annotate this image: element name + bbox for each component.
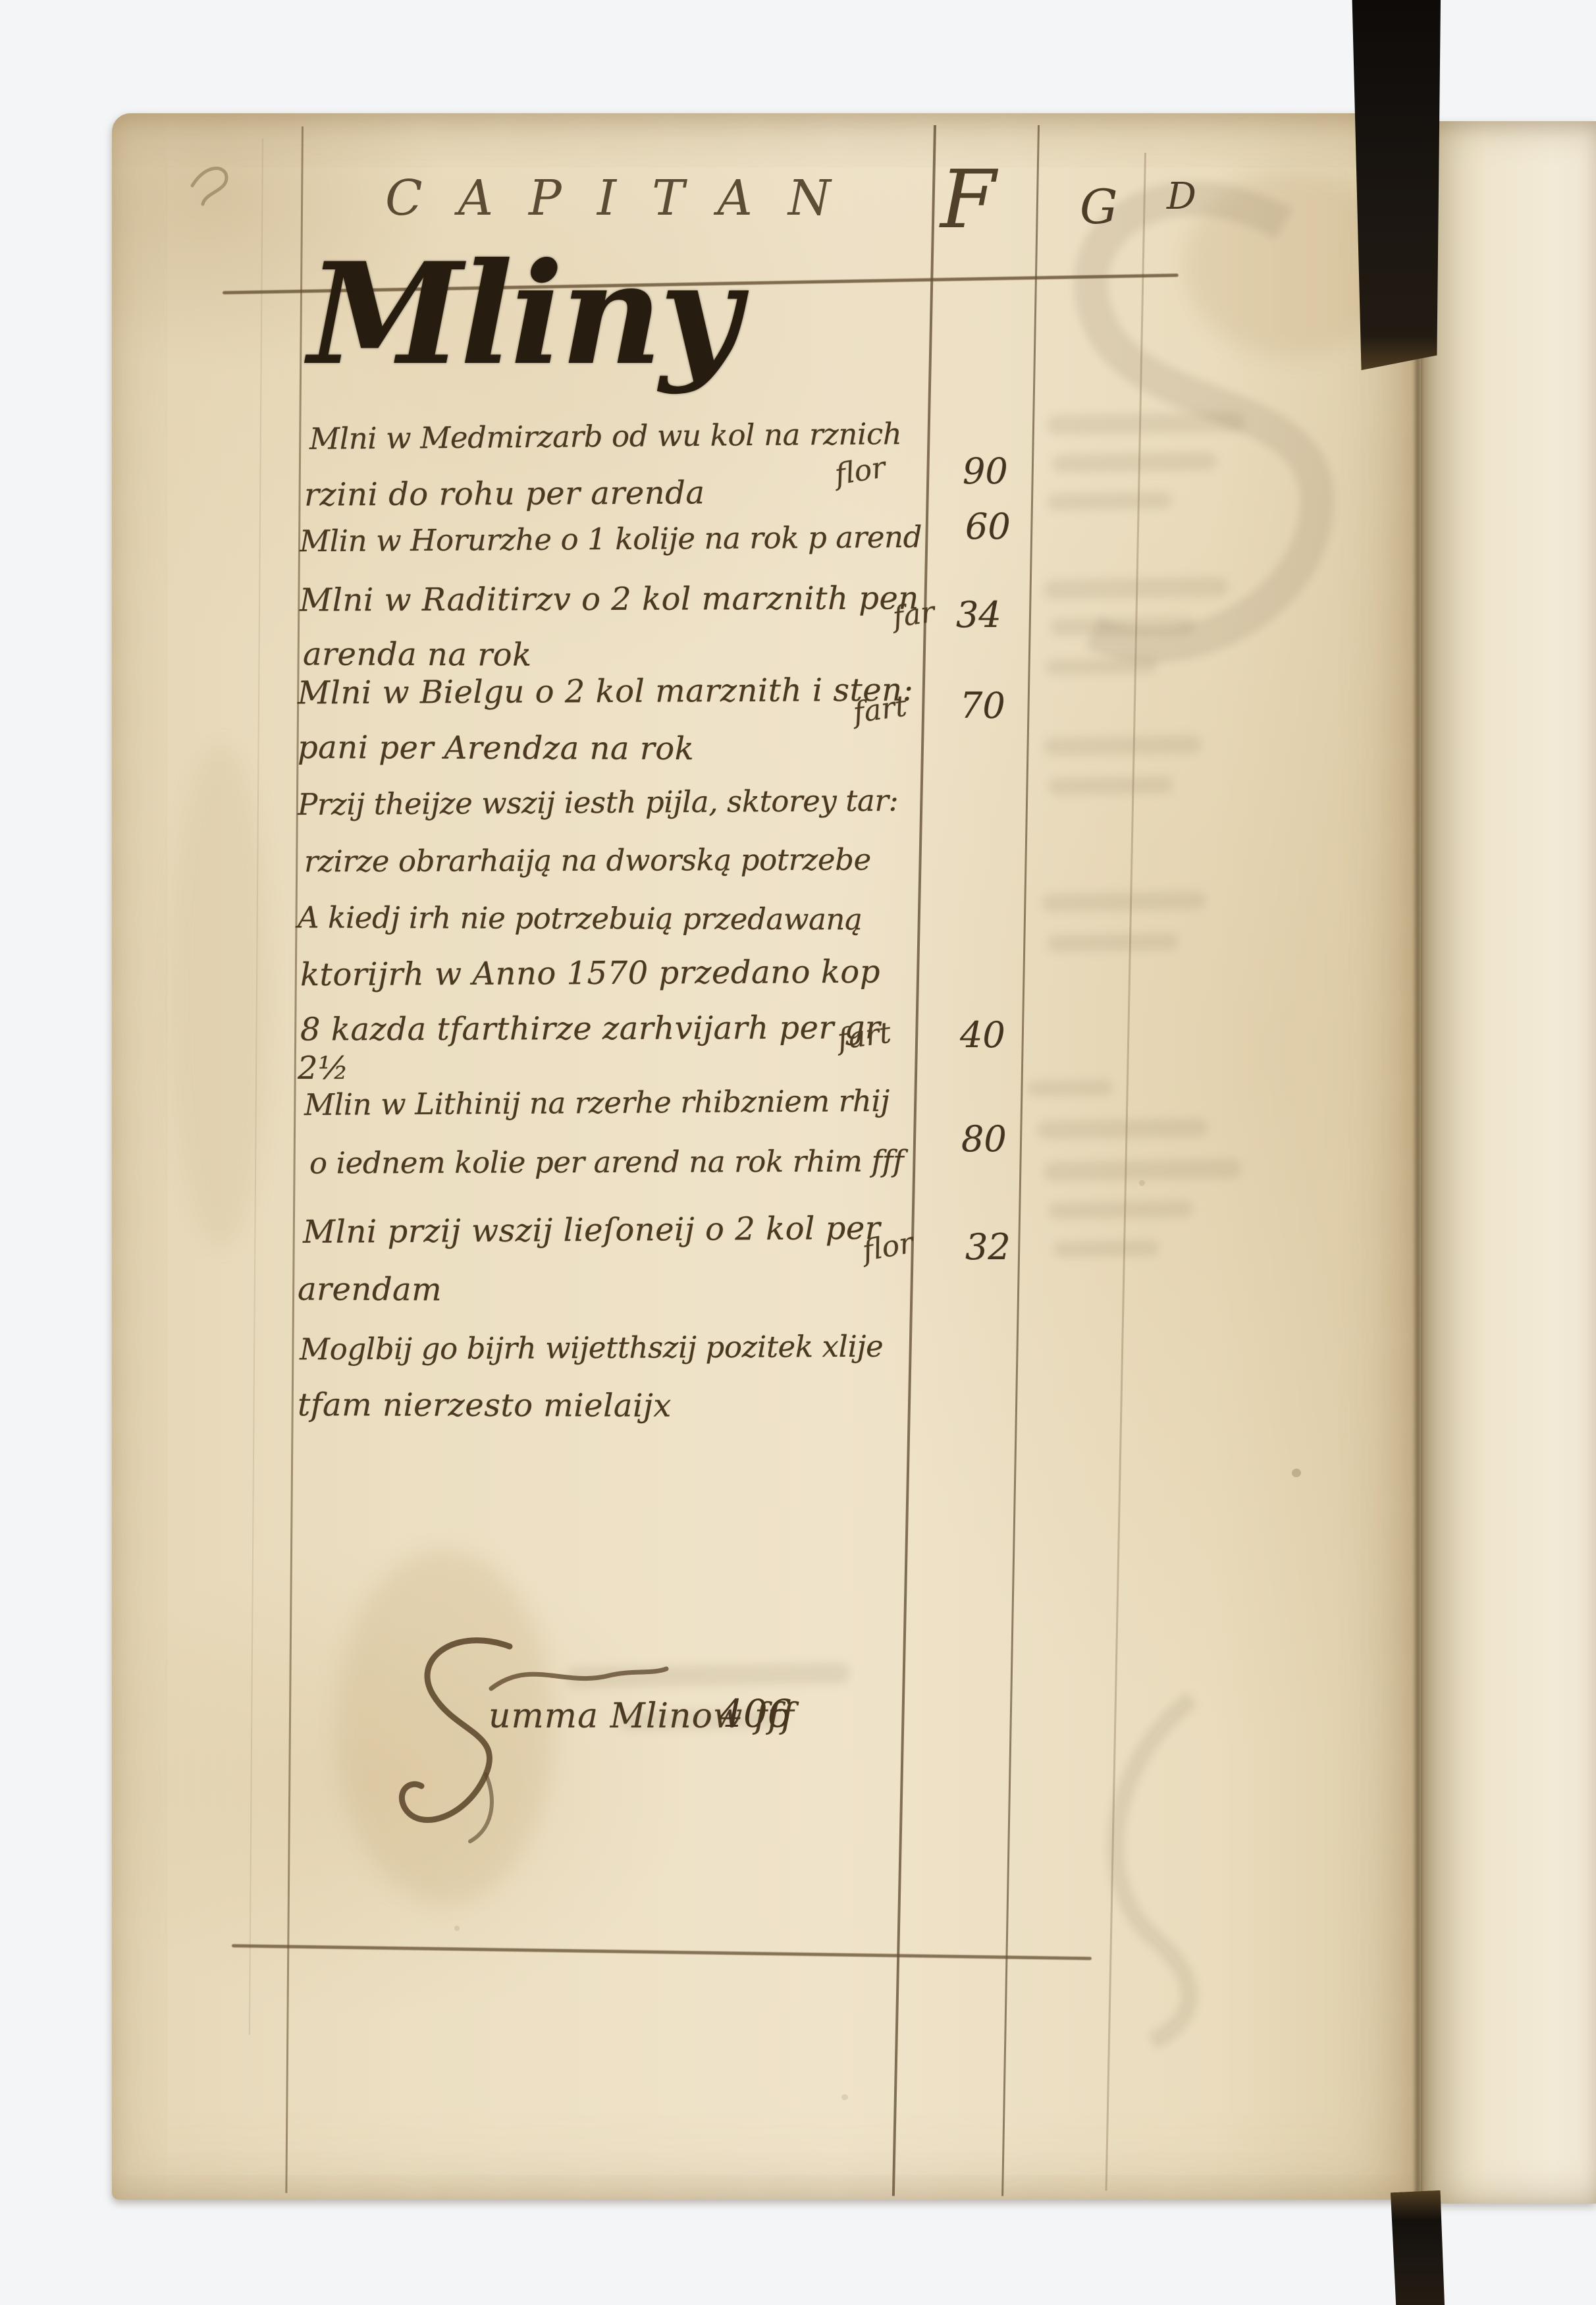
entry-line: Mlin w Horurzhe o 1 kolije na rok p aren… (300, 520, 922, 559)
header-ruling-letters: CAPITAN (385, 170, 866, 227)
bleed-through-smudge (1053, 1240, 1159, 1258)
amount-value: 80 (961, 1118, 1007, 1160)
bleed-through-smudge (1052, 452, 1217, 473)
binding-ribbon-bottom (1391, 2190, 1445, 2305)
entry-line: arenda na rok (303, 636, 532, 673)
bleed-through-smudge (1046, 658, 1157, 676)
header-column-letter-d: D (1167, 175, 1196, 218)
bleed-through-smudge (1042, 891, 1206, 912)
entry-line: o iednem kolie per arend na rok rhim fff (309, 1143, 904, 1180)
amount-value: 70 (960, 685, 1005, 726)
entry-line: Mlni w Medmirzarb od wu kol na rznich (309, 416, 902, 456)
entry-line: 2½ (298, 1050, 349, 1087)
bleed-through-smudge (1044, 1158, 1241, 1181)
entry-line: pani per Arendza na rok (298, 729, 694, 767)
currency-label: far (891, 595, 937, 634)
page-title: Mliny (308, 232, 738, 396)
entry-line: tfam nierzesto mielaijx (298, 1386, 672, 1424)
entry-line: Mlni przij wszij lieſoneij o 2 kol per (303, 1210, 881, 1251)
summa-value: 406 (719, 1691, 792, 1736)
bleed-through-smudge (1048, 1200, 1193, 1220)
amount-value: 60 (965, 506, 1011, 547)
entry-line: Mlni w Raditirzv o 2 kol marznith pen (300, 580, 919, 618)
header-column-letter-g: G (1080, 179, 1118, 234)
header-column-letter-f: F (940, 153, 996, 246)
entry-line: Przij theijze wszij iesth pijla, sktorey… (298, 783, 899, 822)
bleed-through-smudge (1047, 412, 1244, 435)
entry-line: Mlin w Lithinij na rzerhe rhibzniem rhij (304, 1083, 890, 1122)
book-gutter (1413, 119, 1422, 2205)
entry-line: rzirze obrarhaiją na dworską potrzebe (304, 842, 871, 879)
amount-value: 32 (965, 1226, 1011, 1268)
amount-value: 34 (956, 594, 1001, 636)
summa-initial-flourish (392, 1632, 524, 1849)
bleed-through-smudge (1047, 933, 1179, 952)
foxing-spot (1292, 1469, 1301, 1477)
facing-page (1420, 121, 1596, 2204)
bleed-through-smudge (1047, 491, 1172, 510)
entry-line: rzini do rohu per arenda (304, 474, 705, 513)
entry-line: Moglbij go bijrh wijetthszij pozitek xli… (300, 1329, 884, 1367)
bleed-through-initial (1001, 178, 1409, 718)
bleed-through-smudge (1027, 1079, 1113, 1097)
amount-value: 40 (960, 1014, 1005, 1056)
entry-line: Mlni w Bielgu o 2 kol marznith i sten: (298, 672, 914, 712)
foxing-spot (454, 1926, 460, 1931)
entry-line: A kiedj irh nie potrzebuią przedawaną (298, 900, 863, 937)
foxing-spot (841, 2094, 848, 2100)
manuscript-scan: CAPITAN F G D Mliny Mlni w Medmirzarb od… (0, 0, 1596, 2305)
bleed-through-smudge (1037, 1118, 1208, 1140)
marginal-mark (183, 155, 242, 215)
bleed-through-smudge (1048, 776, 1173, 795)
bleed-through-smudge (1050, 616, 1195, 636)
entry-line: arendam (298, 1271, 442, 1309)
entry-line: 8 kazda tfarthirze zarhvijarh per gr (300, 1009, 881, 1048)
amount-value: 90 (963, 450, 1008, 492)
foxing-spot (1139, 1180, 1145, 1186)
entry-line: ktorijrh w Anno 1570 przedano kop (300, 954, 880, 994)
bleed-through-flourish (1053, 1686, 1225, 2055)
bleed-through-smudge (1044, 735, 1202, 756)
